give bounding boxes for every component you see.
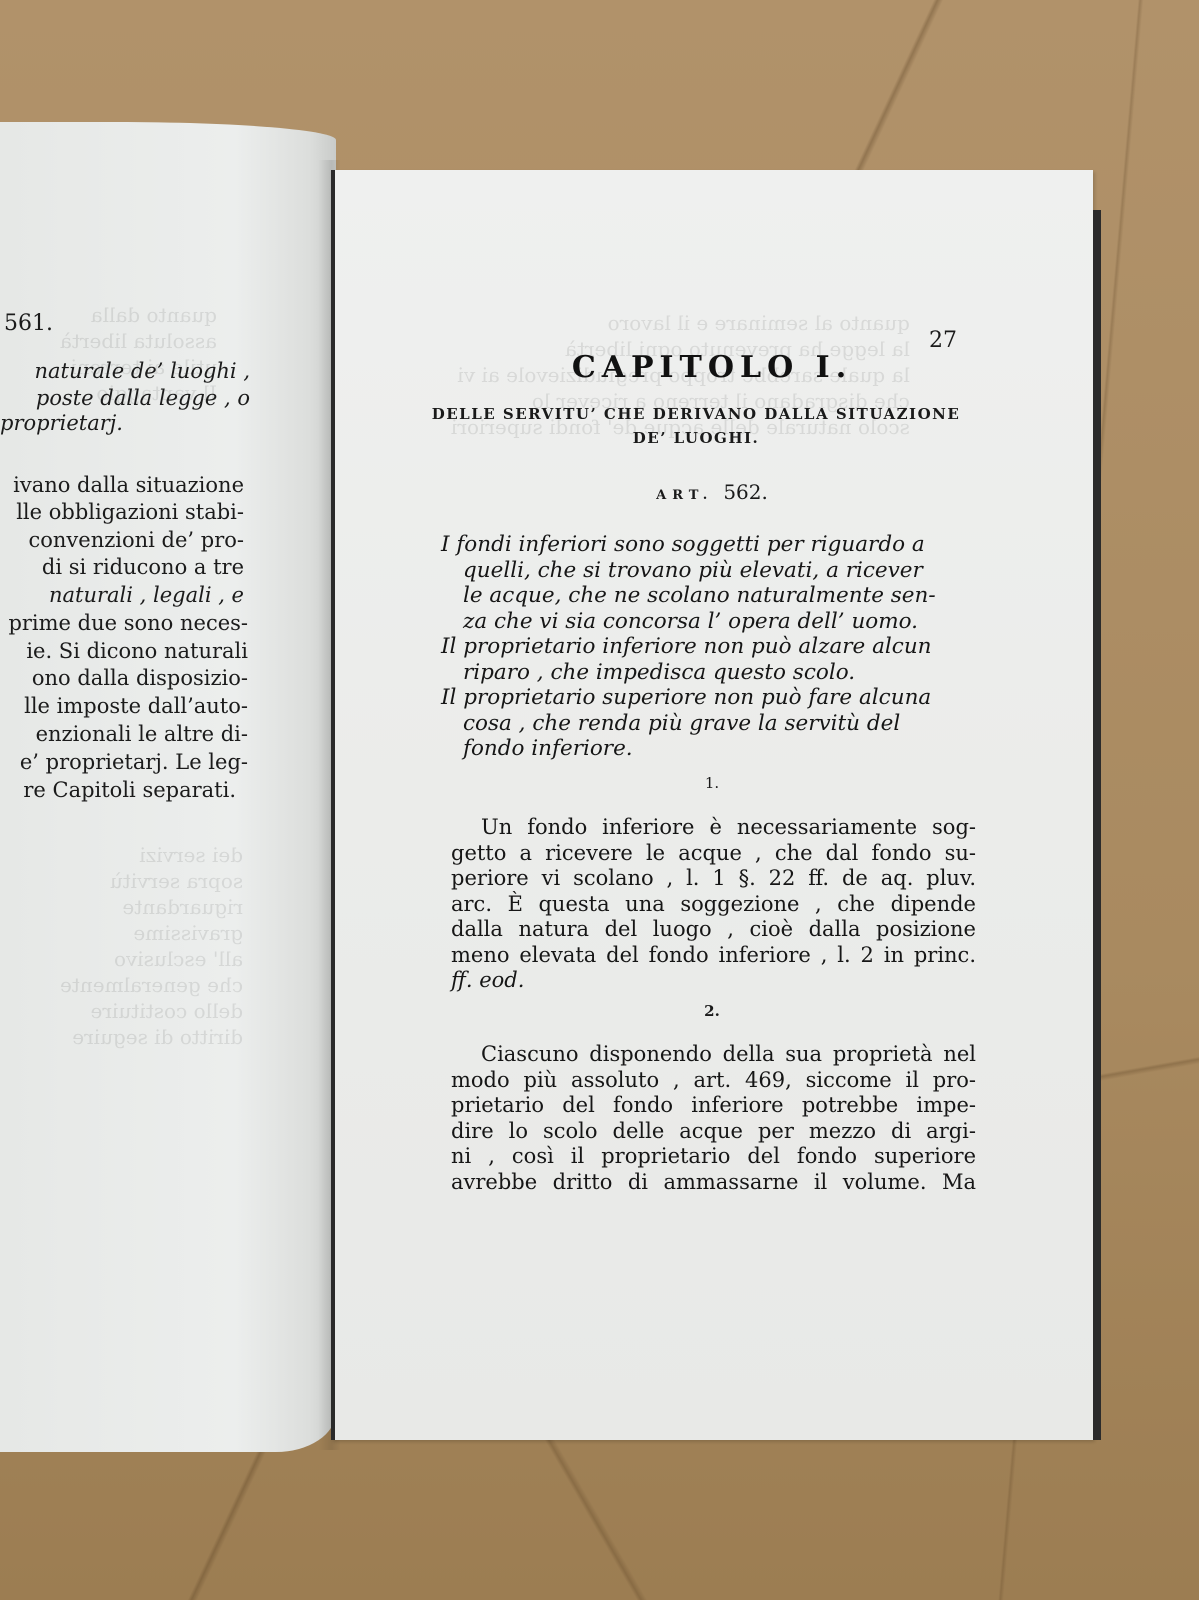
paragraph-line: ff. eod. (451, 968, 976, 994)
article-paragraph: I fondi inferiori sono soggetti per rigu… (441, 532, 971, 634)
article-line: riparo , che impedisca questo scolo. (463, 660, 855, 685)
paragraph-line: ni , così il proprietario del fondo supe… (451, 1144, 976, 1170)
left-line: di si riducono a tre (0, 554, 244, 581)
left-line: ie. Si dicono naturali (0, 638, 248, 665)
paragraph-line: prietario del fondo inferiore potrebbe i… (451, 1093, 976, 1119)
left-line: poste dalla legge , o (0, 385, 250, 412)
left-page: quanto dalla assoluta libertà utile ai t… (0, 122, 336, 1452)
left-line: prime due sono neces- (0, 610, 248, 637)
chapter-subtitle-line: DE’ LUOGHI. (431, 426, 961, 450)
section-paragraph: Ciascuno disponendo della sua proprietà … (451, 1042, 976, 1195)
paragraph-line: arc. È questa una soggezione , che dipen… (451, 892, 976, 918)
left-line: naturali , legali , e (0, 582, 244, 609)
chapter-subtitle-line: DELLE SERVITU’ CHE DERIVANO DALLA SITUAZ… (431, 402, 961, 426)
paragraph-line: modo più assoluto , art. 469, siccome il… (451, 1068, 976, 1094)
right-page: quanto al seminare e il lavoro la legge … (331, 170, 1093, 1440)
left-line: ono dalla disposizio- (0, 665, 248, 692)
article-heading: ART.562. (331, 480, 1093, 504)
paragraph-line: getto a ricevere le acque , che dal fond… (451, 841, 976, 867)
chapter-subtitle: DELLE SERVITU’ CHE DERIVANO DALLA SITUAZ… (431, 402, 961, 450)
article-prefix: ART. (656, 488, 713, 503)
article-line: cosa , che renda più grave la servitù de… (463, 711, 900, 736)
article-line: fondo inferiore. (463, 736, 633, 761)
left-line: enzionali le altre di- (0, 721, 248, 748)
paragraph-line: dire lo scolo delle acque per mezzo di a… (451, 1119, 976, 1145)
left-line: lle imposte dall’auto- (0, 693, 248, 720)
paragraph-line: meno elevata del fondo inferiore , l. 2 … (451, 943, 976, 969)
paragraph-line: avrebbe dritto di ammassarne il volume. … (451, 1170, 976, 1196)
article-paragraph: Il proprietario inferiore non può alzare… (441, 634, 971, 685)
section-paragraph: Un fondo inferiore è necessariamente sog… (451, 815, 976, 994)
article-line: I fondi inferiori sono soggetti per rigu… (441, 532, 925, 557)
paragraph-line: dalla natura del luogo , cioè dalla posi… (451, 917, 976, 943)
show-through-text: dei servizi sopra servitù riguardante gr… (60, 842, 243, 1050)
article-text: I fondi inferiori sono soggetti per rigu… (441, 532, 971, 762)
left-line: naturale de’ luoghi , (0, 358, 250, 385)
left-line: lle obbligazioni stabi- (0, 499, 244, 526)
article-line: quelli, che si trovano più elevati, a ri… (463, 558, 923, 583)
paragraph-line: Un fondo inferiore è necessariamente sog… (451, 815, 976, 841)
chapter-title: CAPITOLO I. (331, 350, 1093, 385)
paragraph-line: periore vi scolano , l. 1 §. 22 ff. de a… (451, 866, 976, 892)
article-line: le acque, che ne scolano naturalmente se… (463, 583, 936, 608)
article-number: 562. (723, 480, 768, 504)
section-number: 2. (331, 1002, 1093, 1020)
article-line: za che vi sia concorsa l’ opera dell’ uo… (463, 609, 918, 634)
left-article-ref: 561. (4, 310, 294, 337)
left-line: e’ proprietarj. Le leg- (0, 749, 248, 776)
left-line: re Capitoli separati. (0, 777, 236, 804)
section-number: 1. (331, 774, 1093, 792)
paragraph-line: Ciascuno disponendo della sua proprietà … (451, 1042, 976, 1068)
left-line: ivano dalla situazione (0, 472, 244, 499)
article-line: Il proprietario inferiore non può alzare… (441, 634, 932, 659)
article-line: Il proprietario superiore non può fare a… (441, 685, 931, 710)
left-line: proprietarj. (0, 410, 290, 437)
left-line: convenzioni de’ pro- (0, 527, 244, 554)
article-paragraph: Il proprietario superiore non può fare a… (441, 685, 971, 762)
